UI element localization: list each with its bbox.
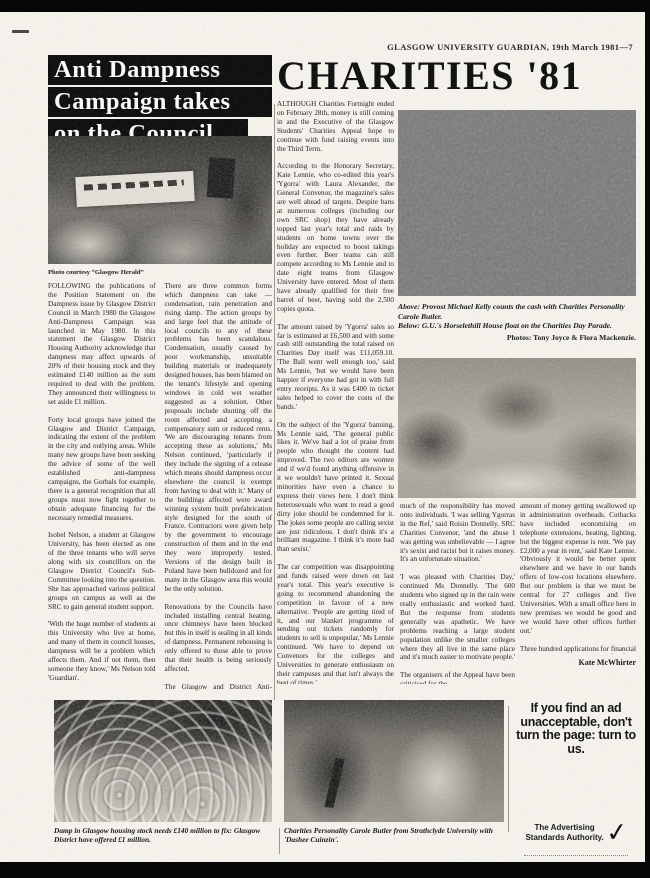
photo-credit: Photo courtesy “Glasgow Herald” [48, 268, 272, 277]
scan-artifact [12, 30, 29, 33]
charities-column-3: amount of money getting swallowed up in … [520, 502, 636, 684]
photo-credit: Photos: Tony Joyce & Flora Mackenzie. [398, 333, 636, 343]
byline: Kate McWhirter [520, 658, 636, 667]
photo-grain [398, 110, 636, 296]
charities-column-2: much of the responsibility has moved ont… [400, 502, 515, 684]
parade-float-photo [398, 358, 636, 498]
photo-caption: Damp in Glasgow housing stock needs £140… [54, 826, 276, 844]
column-divider [274, 104, 275, 700]
masthead: GLASGOW UNIVERSITY GUARDIAN, 19th March … [233, 42, 633, 52]
caption-divider [508, 706, 509, 832]
damp-wall-photo [54, 700, 272, 822]
photo-grain [398, 358, 636, 498]
caption-below: Below: G.U.'s Horselethill House float o… [398, 321, 636, 331]
caption-above: Above: Provost Michael Kelly counts the … [398, 302, 636, 321]
demonstration-photo [48, 136, 272, 264]
ad-headline: If you find an ad unacceptable, don't tu… [512, 702, 640, 756]
caption-divider [279, 828, 280, 854]
charities-headline: CHARITIES '81 [277, 56, 582, 96]
headline-line: Campaign takes [48, 87, 272, 117]
charities-column-1: ALTHOUGH Charities Fortnight ended on Fe… [277, 100, 394, 684]
photo-grain [54, 700, 272, 822]
cash-count-photo [398, 110, 636, 296]
headline-line: Anti Dampness [48, 55, 272, 85]
anti-dampness-body: FOLLOWING the publications of the Positi… [48, 282, 272, 700]
charity-personality-photo [284, 700, 504, 822]
ad-smallprint [524, 851, 628, 856]
charities-photo-captions: Above: Provost Michael Kelly counts the … [398, 302, 636, 342]
charities-column-3-text: amount of money getting swallowed up in … [520, 502, 636, 654]
photo-caption: Charities Personality Carole Butler from… [284, 826, 502, 844]
asa-advert: If you find an ad unacceptable, don't tu… [512, 690, 640, 862]
newspaper-page: GLASGOW UNIVERSITY GUARDIAN, 19th March … [0, 12, 645, 862]
checkmark-icon: ✓ [604, 816, 629, 849]
asa-org-name: The Advertising Standards Authority. [525, 823, 605, 842]
asa-org-row: The Advertising Standards Authority. ✓ [525, 817, 628, 848]
photo-grain [48, 136, 272, 264]
photo-grain [284, 700, 504, 822]
